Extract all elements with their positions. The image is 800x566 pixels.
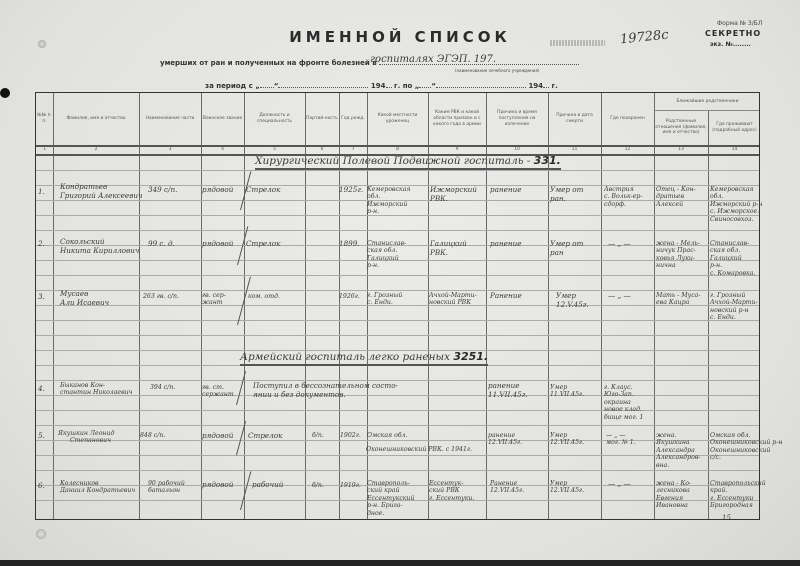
row-name: СокольскийНикита Кириллович [60,238,139,255]
row-birthplace: Станислав-ская обл.Галицкийр-н. [367,240,406,270]
col-header-position: Должность и специальность [244,93,305,145]
row-address: Кемеровскаяобл.Ижморский р-нс. Ижморское… [710,186,762,223]
row-unit: 263 гв. с/п. [143,293,179,300]
period-line: за период с „“ 194 г. по „“ 194 г. [205,81,558,90]
row-burial: — „ — [608,480,631,489]
row-rvk: Оконешниковский РВК. с 1941г. [366,446,472,453]
row-rank: гв. сер-жант [202,292,226,307]
scan-border [0,560,800,566]
row-name: КолесниковДаниил Кондратьевич [60,480,135,495]
row-rvk: Ессентук-ский РВКг. Ессентуки. [429,480,474,502]
col-header-address: Где проживают (подробный адрес) [708,110,761,145]
col-num: 7 [339,146,367,154]
row-burial: — „ — [608,240,631,249]
row-death: Умер11.VII.45г. [550,384,584,399]
row-rank: гв. ст.сержант [202,384,234,399]
row-rvk: ИжморскийРВК. [430,186,477,203]
row-death: Умер12.VII.45г. [550,432,584,447]
col-num: 2 [53,146,139,154]
row-position: ком. отд. [248,293,280,300]
col-num: 5 [244,146,305,154]
col-header-name: Фамилия, имя и отчество [53,93,139,145]
col-header-party: Партий-ность [305,93,339,145]
row-unit: 848 с/п. [140,432,165,439]
row-admission: ранение12.VII.45г. [488,432,522,447]
col-header-rvk: Каким РВК и какой области призван и с ка… [428,93,486,145]
row-name: МусаевАли Исаевич [60,290,109,307]
row-relative: Мать - Муса-ева Кацра [656,292,700,307]
row-number: 1. [38,188,45,197]
col-num: 11 [548,146,601,154]
row-birth-year: 1899. [339,240,360,249]
row-number: 5. [38,432,45,441]
document-title: ИМЕННОЙ СПИСОК [0,28,800,46]
row-number: 2. [38,240,45,249]
row-birthplace: Кемеровскаяобл.Ижморскийр-н. [367,186,410,216]
row-number: 3. [38,293,45,302]
row-position: рабочий [252,481,283,490]
row-admission: Ранение12.VII.45г. [490,480,524,495]
row-death: Умер отран [550,240,583,257]
row-burial: Австрияс. Вольк-ер-сдорф. [604,186,642,208]
section-header: Хирургический Полевой Подвижной госпитал… [255,154,561,170]
page-number: 15. [722,514,733,522]
row-rank: рядовой [202,240,233,249]
row-number: 4. [38,385,45,394]
row-admission: Ранение [490,292,522,301]
row-burial: — „ — [608,292,631,301]
row-burial: г. Клаус.Юго-Зап.окраинановое клад.бище … [604,384,643,421]
col-num: 12 [601,146,654,154]
row-rank: рядовой [202,432,233,441]
col-header-unit: Наименование части [139,93,201,145]
row-unit: 99 с. д. [148,240,175,249]
col-num: 14 [708,146,761,154]
col-num: 3 [139,146,201,154]
col-header-num: №№ п. п. [36,93,53,145]
row-admission: ранение [490,240,522,249]
row-birth-year: 1902г. [340,432,361,439]
row-admission: ранение [490,186,522,195]
row-position: Стрелок [246,240,280,249]
row-birth-year: 1919г. [340,482,361,489]
hospital-type-handwritten: госпиталях ЭГЭП. 197. [370,54,496,65]
row-position: Стрелок [246,186,280,195]
row-birthplace: Ставрополь-ский крайЕссентукскийр-н. Бри… [367,480,414,517]
row-death: Умер12.V.45г. [556,292,589,309]
col-header-relation: Родственные отношения (фамилия, имя и от… [654,110,708,145]
row-birthplace: г. Грозныйс. Енди. [367,292,402,307]
institution-caption: (наименование лечебного учреждения) [455,68,539,73]
col-header-birthplace: Какой местности уроженец [367,93,428,145]
row-birth-year: 1925г. [339,186,363,195]
row-note: Поступил в бессознательном состо-янии и … [253,382,398,399]
col-header-birth-year: Год рожд. [339,93,367,145]
row-address: г. ГрозныйАчхой-Марти-новский р-нс. Енди… [710,292,758,322]
col-header-admission: Причина и время поступления на излечение [486,93,548,145]
row-number: 6. [38,482,45,491]
col-header-burial: Где похоронен [601,93,654,145]
row-relative: жена - Мель-ничук Прас-ковья Луки-нична [656,240,700,270]
col-num: 9 [428,146,486,154]
row-name: КондратьевГригорий Алексеевич [60,183,142,200]
col-num: 1 [36,146,53,154]
punch-hole-faint [36,529,46,539]
col-num: 13 [654,146,708,154]
row-address: Омская обл.Оконешниковский р-нОконешнико… [710,432,782,462]
row-death: Умер отран. [550,186,583,203]
row-address: Станислав-ская обл.Галицкийр-н.с. Комаро… [710,240,755,277]
row-name: Якушкин Леонид Степанович [58,430,114,445]
col-num: 8 [367,146,428,154]
col-header-death: Причина и дата смерти [548,93,601,145]
row-admission: ранение11.VII.45г. [488,382,528,399]
row-name: Быканов Кон-стантин Николаевич [60,382,133,397]
row-address: Ставропольскийкрай.г. ЕссентукиБригородн… [710,480,766,510]
col-group-relatives: Ближайшие родственники [654,93,761,110]
row-death: Умер12.VII.45г. [550,480,584,495]
col-num: 4 [201,146,244,154]
row-unit: 90 рабочийбатальон [148,480,185,495]
row-unit: 349 с/п. [148,186,177,195]
col-header-rank: Воинское звание [201,93,244,145]
row-party: б/п. [312,432,324,439]
row-rvk: Ачхой-Марти-новский РВК [429,292,477,307]
row-rank: рядовой [202,481,233,490]
document-page: Форма № 3/БЛ СЕКРЕТНО экз. №........ 197… [0,0,800,560]
form-number: Форма № 3/БЛ [717,20,762,27]
row-relative: жена - Ко-лесниковаЕвгенияИвановна [656,480,691,510]
col-num: 10 [486,146,548,154]
row-rank: рядовой [202,186,233,195]
row-relative: Отец - Кон-дратьевАлексей [656,186,696,208]
row-relative: жена.ЯкушкинаАлександраАлександров-вна. [656,432,701,469]
row-rvk: ГалицкийРВК. [430,240,467,257]
row-burial: — „ —мог. № 1. [606,432,636,447]
row-party: б/п. [312,482,324,489]
punch-hole [0,88,10,98]
row-position: Стрелок [248,432,282,441]
row-birth-year: 1926г. [339,293,360,300]
col-num: 6 [305,146,339,154]
row-birthplace: Омская обл. [367,432,408,439]
section-header: Армейский госпиталь легко раненых 3251. [240,350,488,366]
row-unit: 394 с/п. [150,384,175,391]
